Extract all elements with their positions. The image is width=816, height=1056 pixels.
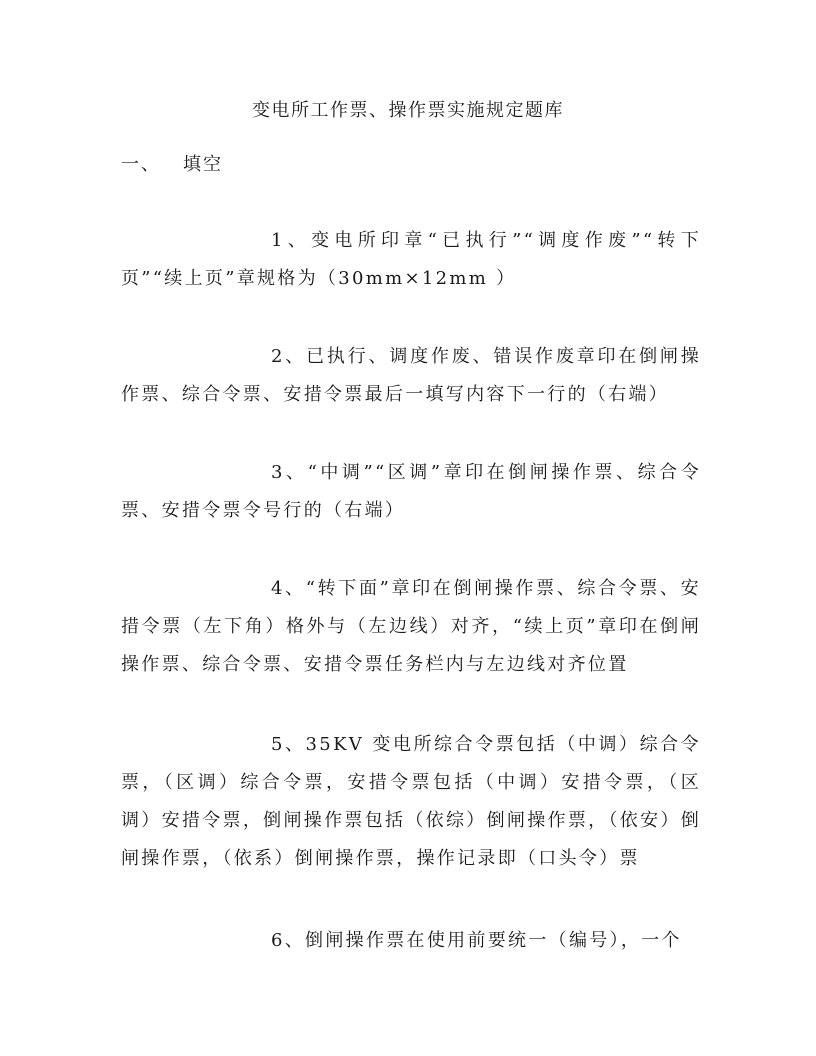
question-item-3: 3、“中调”“区调”章印在倒闸操作票、综合令票、安措令票令号行的（右端） <box>121 454 701 530</box>
document-title: 变电所工作票、操作票实施规定题库 <box>0 96 816 122</box>
question-item-2: 2、已执行、调度作废、错误作废章印在倒闸操作票、综合令票、安措令票最后一填写内容… <box>121 338 701 414</box>
question-item-4: 4、“转下面”章印在倒闸操作票、综合令票、安措令票（左下角）格外与（左边线）对齐… <box>121 570 701 684</box>
section-heading: 一、填空 <box>121 150 223 176</box>
section-number: 一、 <box>121 150 183 176</box>
section-label: 填空 <box>183 154 223 175</box>
question-item-5: 5、35KV 变电所综合令票包括（中调）综合令票，（区调）综合令票，安措令票包括… <box>121 726 701 878</box>
question-item-1: 1、变电所印章“已执行”“调度作废”“转下页”“续上页”章规格为（30mm×12… <box>121 222 701 298</box>
question-item-6: 6、倒闸操作票在使用前要统一（编号），一个 <box>121 922 701 960</box>
